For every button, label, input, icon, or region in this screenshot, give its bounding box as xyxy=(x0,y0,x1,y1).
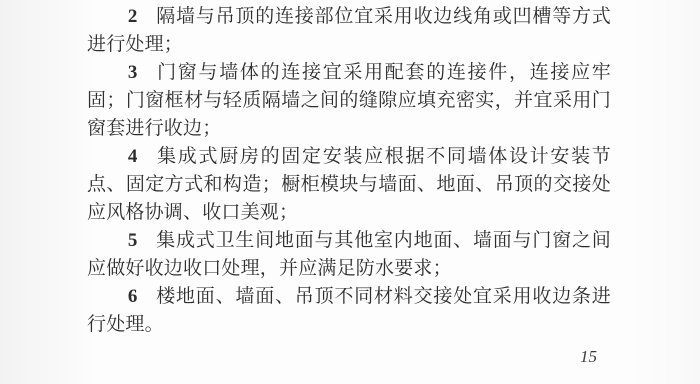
clause-item-5: 5集成式卫生间地面与其他室内地面、墙面与门窗之间应做好收边收口处理，并应满足防水… xyxy=(87,227,611,283)
document-page: 2隔墙与吊顶的连接部位宜采用收边线角或凹槽等方式进行处理； 3门窗与墙体的连接宜… xyxy=(0,0,700,384)
clause-number: 6 xyxy=(128,286,138,307)
clause-text: 集成式卫生间地面与其他室内地面、墙面与门窗之间应做好收边收口处理，并应满足防水要… xyxy=(87,230,611,279)
page-number: 15 xyxy=(580,347,597,367)
clause-item-6: 6楼地面、墙面、吊顶不同材料交接处宜采用收边条进行处理。 xyxy=(87,283,611,339)
clause-text: 楼地面、墙面、吊顶不同材料交接处宜采用收边条进行处理。 xyxy=(87,286,611,335)
clause-number: 3 xyxy=(128,62,138,83)
clause-text: 门窗与墙体的连接宜采用配套的连接件，连接应牢固；门窗框材与轻质隔墙之间的缝隙应填… xyxy=(87,62,611,139)
clause-text: 集成式厨房的固定安装应根据不同墙体设计安装节点、固定方式和构造；橱柜模块与墙面、… xyxy=(87,146,611,223)
clause-item-4: 4集成式厨房的固定安装应根据不同墙体设计安装节点、固定方式和构造；橱柜模块与墙面… xyxy=(87,143,611,227)
clause-item-3: 3门窗与墙体的连接宜采用配套的连接件，连接应牢固；门窗框材与轻质隔墙之间的缝隙应… xyxy=(87,59,611,143)
clause-item-2: 2隔墙与吊顶的连接部位宜采用收边线角或凹槽等方式进行处理； xyxy=(87,3,611,59)
clause-text: 隔墙与吊顶的连接部位宜采用收边线角或凹槽等方式进行处理； xyxy=(87,6,611,55)
clause-number: 2 xyxy=(128,6,138,27)
clause-list: 2隔墙与吊顶的连接部位宜采用收边线角或凹槽等方式进行处理； 3门窗与墙体的连接宜… xyxy=(87,3,611,339)
clause-number: 4 xyxy=(128,146,138,167)
clause-number: 5 xyxy=(128,230,138,251)
